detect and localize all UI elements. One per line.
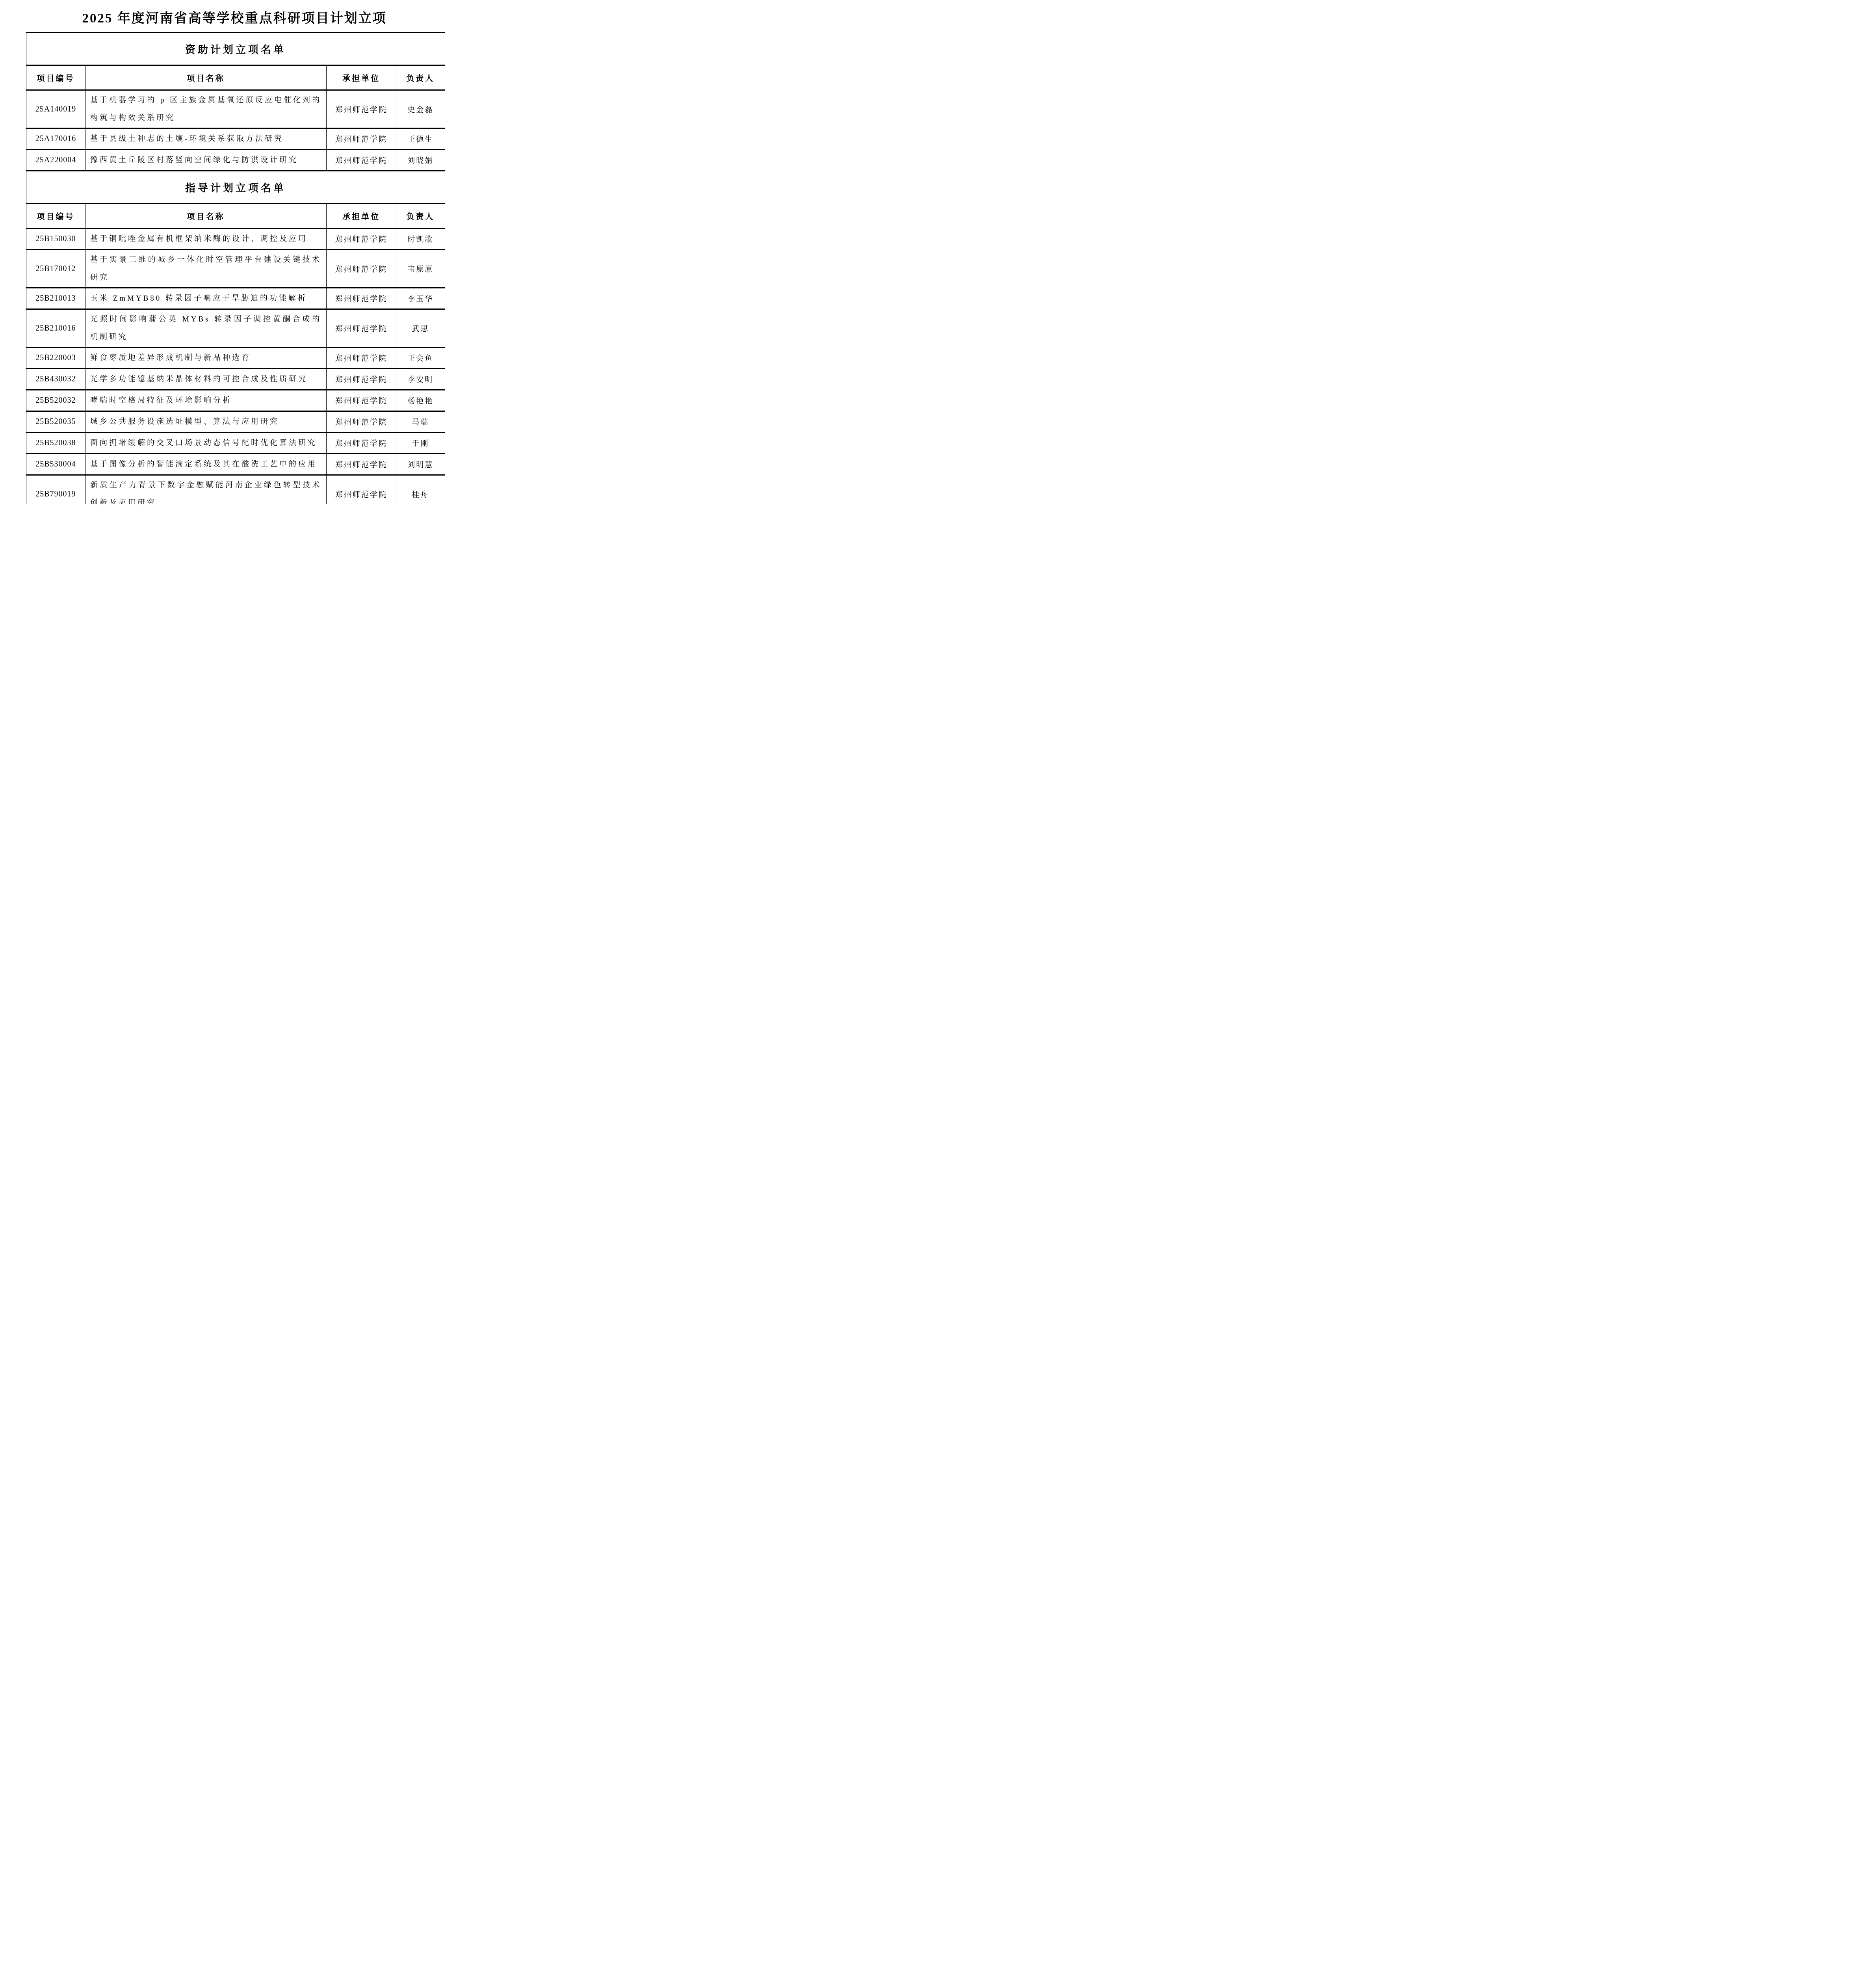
column-header-project-name: 项目名称: [85, 65, 326, 90]
project-name-cell: 哮喘时空格局特征及环境影响分析: [85, 390, 326, 411]
leader-cell: 刘明慧: [396, 454, 445, 475]
project-code-cell: 25B210013: [26, 288, 85, 309]
project-code-cell: 25B170012: [26, 250, 85, 288]
project-name-cell: 鲜食枣质地差异形成机制与新品种选育: [85, 348, 326, 369]
section-title-row: 指导计划立项名单: [26, 171, 445, 204]
unit-cell: 郑州师范学院: [327, 90, 396, 128]
table-row: 25B210013玉米 ZmMYB80 转录因子响应干旱胁迫的功能解析郑州师范学…: [26, 288, 445, 309]
unit-cell: 郑州师范学院: [327, 348, 396, 369]
project-approval-table: 资助计划立项名单 项目编号 项目名称 承担单位 负责人 25A140019基于机…: [26, 32, 445, 504]
unit-cell: 郑州师范学院: [327, 369, 396, 390]
table-row: 25A220004豫西黄土丘陵区村落竖向空间绿化与防洪设计研究郑州师范学院刘晓娟: [26, 150, 445, 171]
leader-cell: 王会鱼: [396, 348, 445, 369]
unit-cell: 郑州师范学院: [327, 475, 396, 505]
leader-cell: 杨艳艳: [396, 390, 445, 411]
table-header-row: 项目编号 项目名称 承担单位 负责人: [26, 204, 445, 229]
table-row: 25B520035城乡公共服务设施选址模型、算法与应用研究郑州师范学院马瑞: [26, 411, 445, 433]
funded-plan-section: 资助计划立项名单 项目编号 项目名称 承担单位 负责人 25A140019基于机…: [26, 33, 445, 171]
table-row: 25B530004基于图像分析的智能滴定系统及其在酸洗工艺中的应用郑州师范学院刘…: [26, 454, 445, 475]
project-name-cell: 玉米 ZmMYB80 转录因子响应干旱胁迫的功能解析: [85, 288, 326, 309]
document-page: { "page_title": "2025 年度河南省高等学校重点科研项目计划立…: [0, 0, 469, 504]
table-row: 25B430032光学多功能镱基纳米晶体材料的可控合成及性质研究郑州师范学院李安…: [26, 369, 445, 390]
table-row: 25B520038面向拥堵缓解的交叉口场景动态信号配时优化算法研究郑州师范学院于…: [26, 433, 445, 454]
leader-cell: 桂舟: [396, 475, 445, 505]
unit-cell: 郑州师范学院: [327, 229, 396, 250]
unit-cell: 郑州师范学院: [327, 150, 396, 171]
project-name-cell: 城乡公共服务设施选址模型、算法与应用研究: [85, 411, 326, 433]
project-name-cell: 基于图像分析的智能滴定系统及其在酸洗工艺中的应用: [85, 454, 326, 475]
project-code-cell: 25B520032: [26, 390, 85, 411]
project-code-cell: 25B790019: [26, 475, 85, 505]
leader-cell: 马瑞: [396, 411, 445, 433]
unit-cell: 郑州师范学院: [327, 454, 396, 475]
project-name-cell: 基于实景三维的城乡一体化时空管理平台建设关键技术研究: [85, 250, 326, 288]
project-code-cell: 25A140019: [26, 90, 85, 128]
column-header-project-code: 项目编号: [26, 65, 85, 90]
unit-cell: 郑州师范学院: [327, 250, 396, 288]
column-header-leader: 负责人: [396, 204, 445, 229]
project-code-cell: 25A170016: [26, 128, 85, 150]
project-name-cell: 光照时间影响蒲公英 MYBs 转录因子调控黄酮合成的机制研究: [85, 309, 326, 348]
table-row: 25B520032哮喘时空格局特征及环境影响分析郑州师范学院杨艳艳: [26, 390, 445, 411]
project-code-cell: 25B520038: [26, 433, 85, 454]
project-code-cell: 25B520035: [26, 411, 85, 433]
project-code-cell: 25B150030: [26, 229, 85, 250]
table-row: 25B220003鲜食枣质地差异形成机制与新品种选育郑州师范学院王会鱼: [26, 348, 445, 369]
project-name-cell: 基于铜吡唑金属有机框架纳米酶的设计、调控及应用: [85, 229, 326, 250]
unit-cell: 郑州师范学院: [327, 411, 396, 433]
page-title: 2025 年度河南省高等学校重点科研项目计划立项: [24, 8, 445, 26]
leader-cell: 武思: [396, 309, 445, 348]
unit-cell: 郑州师范学院: [327, 288, 396, 309]
project-code-cell: 25B430032: [26, 369, 85, 390]
project-name-cell: 基于县级土种志的土壤-环境关系获取方法研究: [85, 128, 326, 150]
table-row: 25B150030基于铜吡唑金属有机框架纳米酶的设计、调控及应用郑州师范学院时凯…: [26, 229, 445, 250]
guided-plan-section: 指导计划立项名单 项目编号 项目名称 承担单位 负责人 25B150030基于铜…: [26, 171, 445, 505]
project-name-cell: 豫西黄土丘陵区村落竖向空间绿化与防洪设计研究: [85, 150, 326, 171]
unit-cell: 郑州师范学院: [327, 309, 396, 348]
project-code-cell: 25B210016: [26, 309, 85, 348]
project-code-cell: 25B220003: [26, 348, 85, 369]
table-header-row: 项目编号 项目名称 承担单位 负责人: [26, 65, 445, 90]
section-title: 指导计划立项名单: [26, 171, 445, 204]
unit-cell: 郑州师范学院: [327, 390, 396, 411]
project-code-cell: 25B530004: [26, 454, 85, 475]
table-row: 25B170012基于实景三维的城乡一体化时空管理平台建设关键技术研究郑州师范学…: [26, 250, 445, 288]
table-row: 25B210016光照时间影响蒲公英 MYBs 转录因子调控黄酮合成的机制研究郑…: [26, 309, 445, 348]
column-header-project-code: 项目编号: [26, 204, 85, 229]
leader-cell: 李安明: [396, 369, 445, 390]
table-row: 25B790019新质生产力背景下数字金融赋能河南企业绿色转型技术创新及应用研究…: [26, 475, 445, 505]
leader-cell: 韦原原: [396, 250, 445, 288]
table-row: 25A140019基于机器学习的 p 区主族金属基氧还原反应电催化剂的构筑与构效…: [26, 90, 445, 128]
leader-cell: 于刚: [396, 433, 445, 454]
column-header-project-name: 项目名称: [85, 204, 326, 229]
section-title: 资助计划立项名单: [26, 33, 445, 65]
unit-cell: 郑州师范学院: [327, 433, 396, 454]
project-name-cell: 光学多功能镱基纳米晶体材料的可控合成及性质研究: [85, 369, 326, 390]
column-header-unit: 承担单位: [327, 65, 396, 90]
leader-cell: 刘晓娟: [396, 150, 445, 171]
project-name-cell: 面向拥堵缓解的交叉口场景动态信号配时优化算法研究: [85, 433, 326, 454]
project-code-cell: 25A220004: [26, 150, 85, 171]
column-header-unit: 承担单位: [327, 204, 396, 229]
leader-cell: 时凯歌: [396, 229, 445, 250]
table-row: 25A170016基于县级土种志的土壤-环境关系获取方法研究郑州师范学院王德生: [26, 128, 445, 150]
leader-cell: 史金磊: [396, 90, 445, 128]
project-name-cell: 新质生产力背景下数字金融赋能河南企业绿色转型技术创新及应用研究: [85, 475, 326, 505]
section-title-row: 资助计划立项名单: [26, 33, 445, 65]
leader-cell: 王德生: [396, 128, 445, 150]
leader-cell: 李玉华: [396, 288, 445, 309]
project-name-cell: 基于机器学习的 p 区主族金属基氧还原反应电催化剂的构筑与构效关系研究: [85, 90, 326, 128]
column-header-leader: 负责人: [396, 65, 445, 90]
unit-cell: 郑州师范学院: [327, 128, 396, 150]
